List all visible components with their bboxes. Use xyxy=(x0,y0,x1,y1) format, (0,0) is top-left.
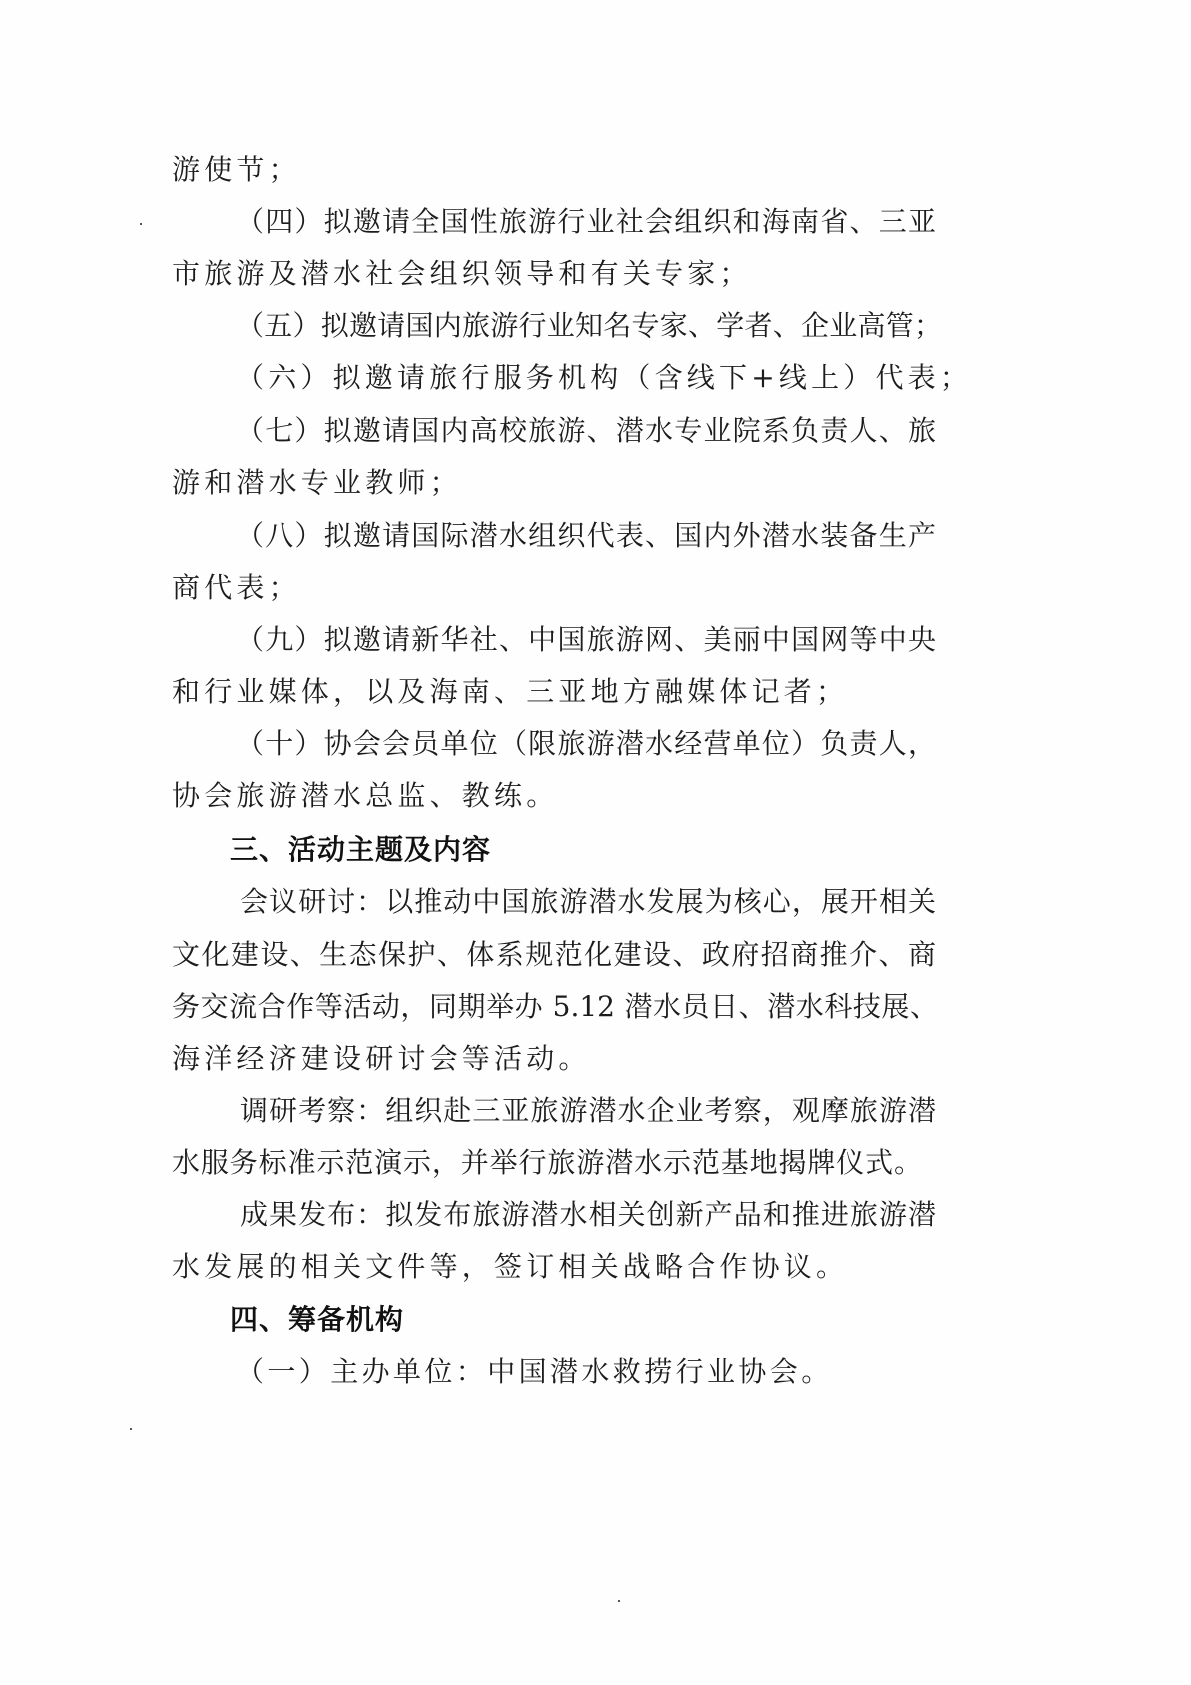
text-line: 市旅游及潜水社会组织领导和有关专家； xyxy=(172,256,942,292)
list-item-five: （五）拟邀请国内旅游行业知名专家、学者、企业高管； xyxy=(236,308,942,344)
scan-speck xyxy=(618,1600,620,1602)
list-item-six: （六）拟邀请旅行服务机构（含线下+线上）代表； xyxy=(236,360,1006,396)
text-line: 游使节； xyxy=(172,152,942,188)
document-page: 游使节； （四）拟邀请全国性旅游行业社会组织和海南省、三亚 市旅游及潜水社会组织… xyxy=(0,0,1191,1685)
list-item-eight: （八）拟邀请国际潜水组织代表、国内外潜水装备生产 xyxy=(236,518,936,554)
paragraph-conference-line: 会议研讨：以推动中国旅游潜水发展为核心，展开相关 xyxy=(240,884,936,920)
paragraph-conference-line: 务交流合作等活动，同期举办 5.12 潜水员日、潜水科技展、 xyxy=(172,989,938,1025)
text-line: 游和潜水专业教师； xyxy=(172,465,942,501)
list-item-ten: （十）协会会员单位（限旅游潜水经营单位）负责人， xyxy=(236,726,936,762)
section-heading-three: 三、活动主题及内容 xyxy=(230,832,491,868)
paragraph-survey-line: 水服务标准示范演示，并举行旅游潜水示范基地揭牌仪式。 xyxy=(172,1145,922,1181)
list-item-seven: （七）拟邀请国内高校旅游、潜水专业院系负责人、旅 xyxy=(236,413,936,449)
paragraph-conference-line: 文化建设、生态保护、体系规范化建设、政府招商推介、商 xyxy=(172,937,936,973)
text-line: 商代表； xyxy=(172,570,942,606)
section-heading-four: 四、筹备机构 xyxy=(230,1302,404,1338)
paragraph-survey-line: 调研考察：组织赴三亚旅游潜水企业考察，观摩旅游潜 xyxy=(240,1093,936,1129)
text-line: 协会旅游潜水总监、教练。 xyxy=(172,778,942,814)
list-item-nine: （九）拟邀请新华社、中国旅游网、美丽中国网等中央 xyxy=(236,622,936,658)
paragraph-results-line: 水发展的相关文件等，签订相关战略合作协议。 xyxy=(172,1249,942,1285)
text-line: 和行业媒体，以及海南、三亚地方融媒体记者； xyxy=(172,674,942,710)
paragraph-conference-line: 海洋经济建设研讨会等活动。 xyxy=(172,1041,942,1077)
scan-speck xyxy=(130,1428,132,1430)
scan-speck xyxy=(140,223,142,225)
list-item-four: （四）拟邀请全国性旅游行业社会组织和海南省、三亚 xyxy=(236,204,936,240)
paragraph-results-line: 成果发布：拟发布旅游潜水相关创新产品和推进旅游潜 xyxy=(240,1197,936,1233)
organizer-line: （一）主办单位：中国潜水救捞行业协会。 xyxy=(236,1354,1006,1390)
